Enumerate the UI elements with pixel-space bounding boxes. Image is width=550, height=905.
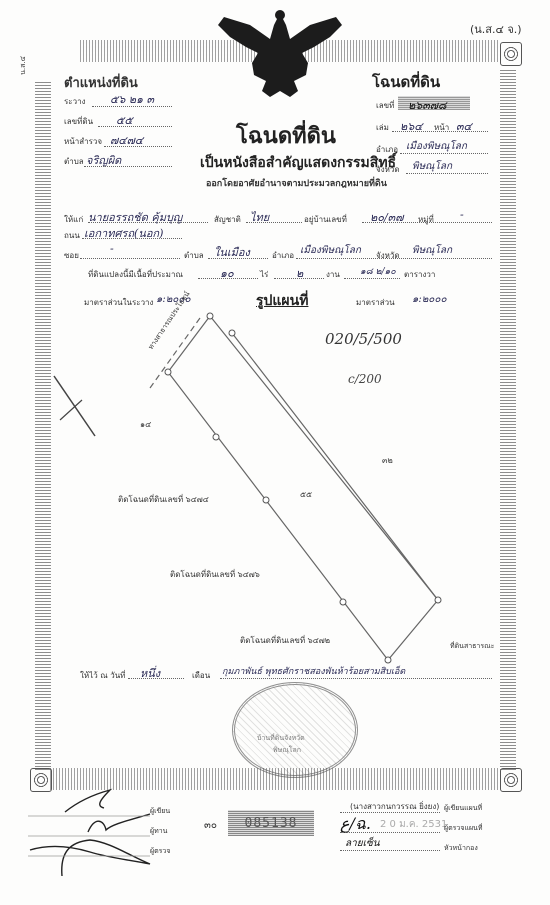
neighbor-label: ติดโฉนดที่ดินเลขที่ ๖๔๗๒ (240, 634, 330, 647)
neighbor-label: ที่ดินสาธารณะ (450, 641, 494, 652)
official-seal: บ้านที่ดินจังหวัด พิษณุโลก (232, 682, 358, 778)
marker-label: ๓๒ (382, 454, 393, 467)
writer-role: ผู้เขียน (150, 806, 170, 817)
chief-role: หัวหน้ากอง (444, 843, 478, 854)
issued-month-label: เดือน (192, 669, 210, 682)
reviewer-role: ผู้ทาน (150, 826, 167, 837)
official-signature: ﻉ/ฉ. (340, 812, 371, 837)
chief-signature: ลายเซ็น (345, 836, 380, 851)
issued-label: ให้ไว้ ณ วันที่ (80, 669, 125, 682)
marker-label: ๕๕ (300, 488, 312, 501)
marker-label: ๑๔ (140, 418, 151, 431)
issued-month-year: กุมภาพันธ์ พุทธศักราชสองพันห้าร้อยสามสิบ… (222, 664, 405, 678)
land-title-deed: น.ส.๔ (น.ส.๔ จ.) โฉนดที่ดิน เป็นหนังสือส… (0, 0, 550, 905)
serial-number: 085138 (228, 810, 314, 836)
seal-text: บ้านที่ดินจังหวัด (257, 733, 305, 744)
seal-text: พิษณุโลก (273, 745, 301, 756)
serial-prefix: ๓๐ (204, 818, 217, 833)
inspector-role: ผู้ตรวจ (150, 846, 170, 857)
date-stamp: 2 0 ม.ค. 2531 (380, 817, 447, 832)
map-writer-role: ผู้เขียนแผนที่ (444, 803, 482, 814)
neighbor-label: ติดโฉนดที่ดินเลขที่ ๖๔๗๖ (170, 568, 260, 581)
signature-scribbles (0, 780, 200, 880)
issued-day: หนึ่ง (140, 664, 160, 682)
neighbor-label: ติดโฉนดที่ดินเลขที่ ๖๔๗๔ (118, 493, 209, 506)
map-inspector-role: ผู้ตรวจแผนที่ (444, 823, 482, 834)
